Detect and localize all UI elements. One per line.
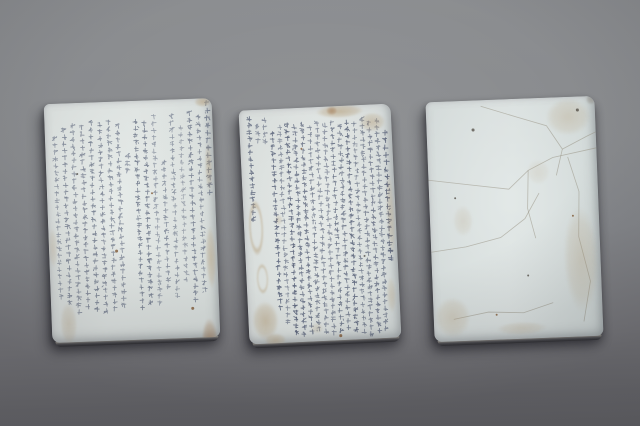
stain-blotch: [556, 191, 604, 329]
stain-blotch: [324, 105, 339, 117]
speck: [191, 307, 194, 310]
speck: [471, 128, 474, 131]
speck: [454, 197, 456, 199]
speck: [339, 334, 342, 337]
middle-inscribed-tablet: [239, 104, 402, 345]
stain-blotch: [273, 213, 284, 227]
stain-blotch: [584, 96, 597, 106]
speck: [76, 173, 78, 175]
stain-blotch: [429, 291, 477, 343]
stain-blotch: [489, 319, 555, 338]
stain-blotch: [191, 98, 213, 109]
speck: [527, 274, 529, 276]
stain-blotch: [261, 331, 290, 345]
stain-blotch: [57, 296, 81, 343]
stain-blotch: [523, 155, 554, 188]
speck: [115, 250, 118, 253]
stain-blotch: [449, 200, 477, 241]
stain-blotch: [46, 222, 60, 274]
speck: [300, 148, 303, 151]
stain-blotch: [308, 104, 371, 122]
stain-blotch: [383, 158, 398, 268]
stain-blotch: [244, 190, 268, 267]
stain-blotch: [538, 96, 598, 142]
stain-layer: [425, 96, 603, 342]
stain-blotch: [355, 109, 390, 136]
stain-blotch: [203, 216, 219, 298]
stain-layer: [239, 104, 402, 345]
photo-of-epitaph-tablets: [0, 0, 640, 426]
right-blank-tablet: [425, 96, 603, 342]
tablet-surface: [239, 104, 402, 345]
stain-blotch: [254, 257, 272, 300]
tablet-surface: [44, 98, 221, 343]
speck: [576, 108, 579, 111]
stain-blotch: [384, 271, 398, 318]
left-inscribed-tablet: [44, 98, 221, 343]
stain-blotch: [309, 321, 326, 336]
speck: [151, 192, 153, 194]
stain-blotch: [247, 295, 283, 345]
speck: [496, 314, 498, 316]
tablet-surface: [425, 96, 603, 342]
speck: [364, 255, 367, 258]
speck: [572, 215, 574, 217]
stain-layer: [44, 98, 221, 343]
stain-blotch: [203, 136, 214, 198]
